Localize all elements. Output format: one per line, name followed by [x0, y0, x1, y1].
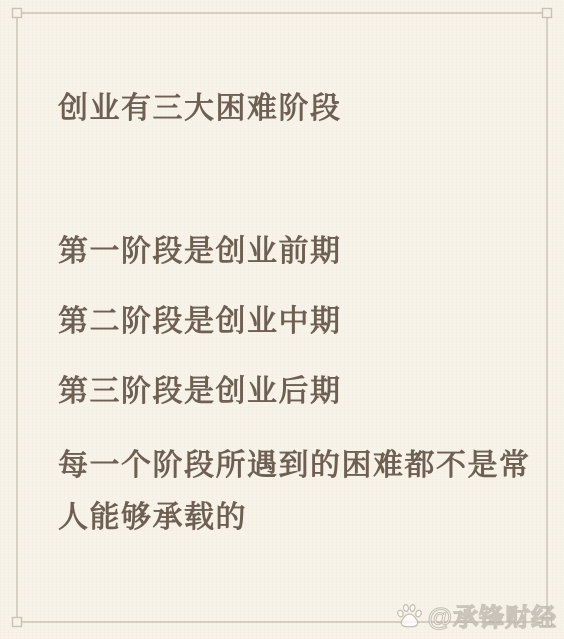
stage-line-3: 第三阶段是创业后期 — [58, 374, 342, 410]
conclusion-paragraph: 每一个阶段所遇到的困难都不是常 人能够承载的 — [58, 440, 531, 544]
conclusion-line-1: 每一个阶段所遇到的困难都不是常 — [58, 440, 531, 492]
corner-ornament-top-left — [13, 9, 22, 18]
corner-ornament-top-right — [543, 9, 552, 18]
watermark-text: @承锋财经 — [428, 598, 557, 634]
card-title: 创业有三大困难阶段 — [58, 91, 342, 127]
corner-ornament-bottom-left — [13, 618, 22, 627]
watermark: @承锋财经 — [396, 598, 557, 634]
stage-line-2: 第二阶段是创业中期 — [58, 304, 342, 340]
paw-logo-icon — [396, 603, 423, 629]
conclusion-line-2: 人能够承载的 — [58, 492, 531, 544]
stage-line-1: 第一阶段是创业前期 — [58, 234, 342, 270]
